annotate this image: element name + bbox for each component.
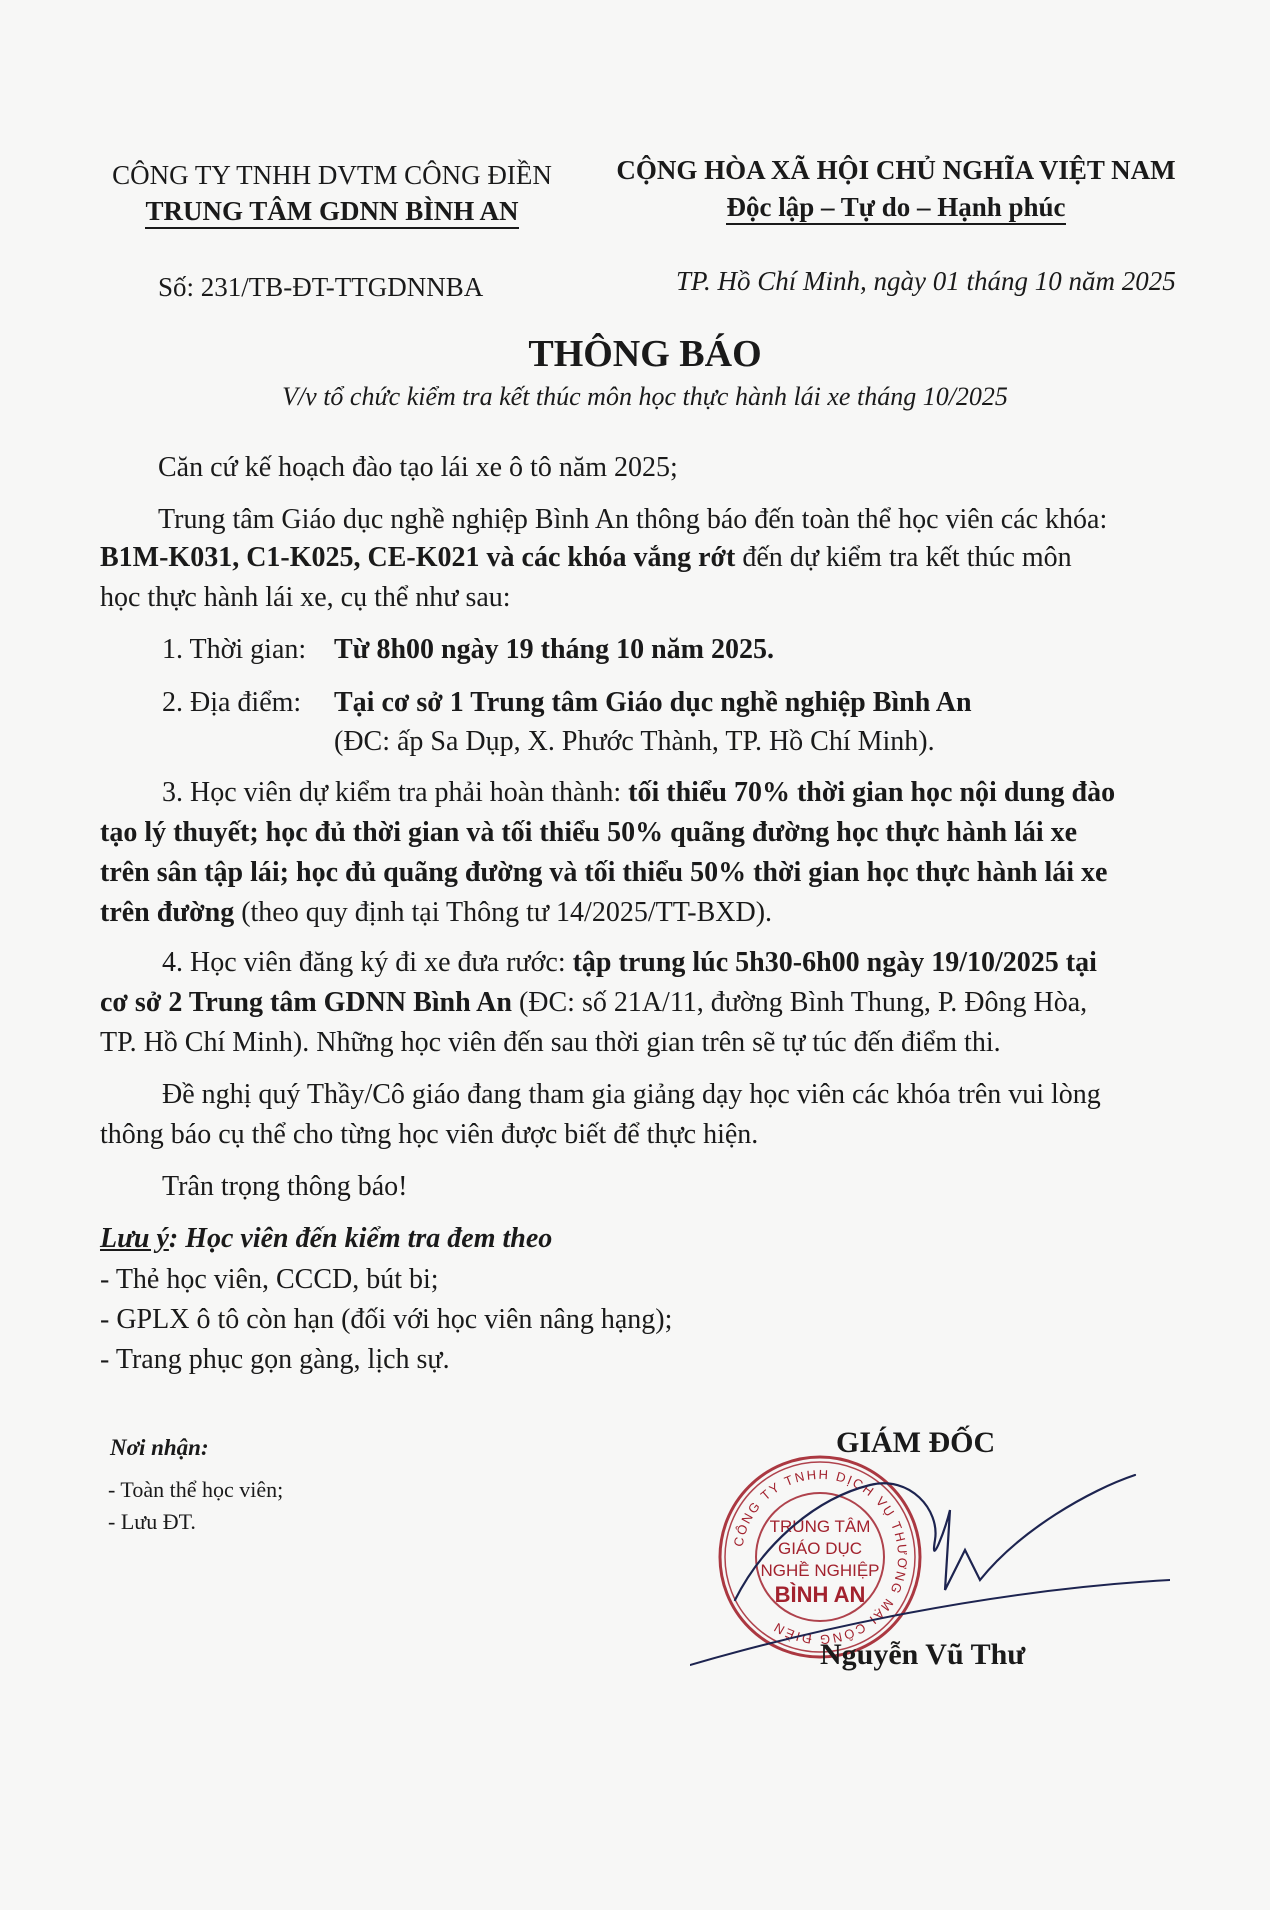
handwritten-signature (690, 1440, 1170, 1670)
nation-motto: Độc lập – Tự do – Hạnh phúc (596, 192, 1196, 223)
notes-heading-text: : Học viên đến kiểm tra đem theo (169, 1223, 552, 1254)
org-name: CÔNG TY TNHH DVTM CÔNG ĐIỀN (92, 160, 572, 191)
note-item: - GPLX ô tô còn hạn (đối với học viên nâ… (100, 1301, 672, 1338)
notes-label: Lưu ý (100, 1223, 169, 1254)
request-line2: thông báo cụ thể cho từng học viên được … (100, 1115, 758, 1155)
item-requirements-line3: trên sân tập lái; học đủ quãng đường và … (100, 853, 1107, 893)
courses-list: B1M-K031, C1-K025, CE-K021 và các khóa v… (100, 542, 735, 573)
requirements-regulation: (theo quy định tại Thông tư 14/2025/TT-B… (234, 897, 772, 928)
recipient-item: - Toàn thể học viên; (108, 1475, 283, 1505)
item-shuttle-line1: 4. Học viên đăng ký đi xe đưa rước: tập … (162, 943, 1097, 983)
nation-title: CỘNG HÒA XÃ HỘI CHỦ NGHĨA VIỆT NAM (596, 155, 1196, 186)
document-subject: V/v tổ chức kiểm tra kết thúc môn học th… (0, 382, 1270, 412)
document-title: THÔNG BÁO (0, 332, 1270, 376)
requirements-intro: 3. Học viên dự kiểm tra phải hoàn thành: (162, 777, 628, 808)
item-time-label: 1. Thời gian: (162, 630, 306, 670)
nation-motto-text: Độc lập – Tự do – Hạnh phúc (726, 192, 1065, 225)
signer-name: Nguyễn Vũ Thư (820, 1638, 1025, 1672)
intro-line3: học thực hành lái xe, cụ thể như sau: (100, 578, 511, 618)
item-requirements-line4: trên đường (theo quy định tại Thông tư 1… (100, 893, 772, 933)
shuttle-time: tập trung lúc 5h30-6h00 ngày 19/10/2025 … (573, 947, 1097, 978)
intro-line1: Trung tâm Giáo dục nghề nghiệp Bình An t… (158, 500, 1107, 540)
closing-line: Trân trọng thông báo! (162, 1167, 408, 1207)
org-unit: TRUNG TÂM GDNN BÌNH AN (92, 196, 572, 227)
item-time-value: Từ 8h00 ngày 19 tháng 10 năm 2025. (334, 630, 774, 670)
item-location-value: Tại cơ sở 1 Trung tâm Giáo dục nghề nghi… (334, 683, 972, 723)
notes-heading: Lưu ý: Học viên đến kiểm tra đem theo (100, 1220, 552, 1257)
item-shuttle-line2: cơ sở 2 Trung tâm GDNN Bình An (ĐC: số 2… (100, 983, 1087, 1023)
request-line1: Đề nghị quý Thầy/Cô giáo đang tham gia g… (162, 1075, 1101, 1115)
item-location-label: 2. Địa điểm: (162, 683, 301, 723)
requirements-bold-4: trên đường (100, 897, 234, 928)
requirements-bold-1: tối thiểu 70% thời gian học nội dung đào (628, 777, 1115, 808)
basis-paragraph: Căn cứ kế hoạch đào tạo lái xe ô tô năm … (158, 448, 678, 488)
item-requirements-line1: 3. Học viên dự kiểm tra phải hoàn thành:… (162, 773, 1115, 813)
place-date: TP. Hồ Chí Minh, ngày 01 tháng 10 năm 20… (676, 266, 1176, 297)
note-item: - Thẻ học viên, CCCD, bút bi; (100, 1261, 439, 1298)
item-shuttle-line3: TP. Hồ Chí Minh). Những học viên đến sau… (100, 1023, 1001, 1063)
org-unit-text: TRUNG TÂM GDNN BÌNH AN (145, 196, 518, 229)
recipients-label: Nơi nhận: (110, 1433, 209, 1463)
document-number: Số: 231/TB-ĐT-TTGDNNBA (158, 272, 483, 303)
recipient-item: - Lưu ĐT. (108, 1507, 196, 1537)
item-requirements-line2: tạo lý thuyết; học đủ thời gian và tối t… (100, 813, 1077, 853)
item-location-address: (ĐC: ấp Sa Dụp, X. Phước Thành, TP. Hồ C… (334, 722, 935, 762)
shuttle-intro: 4. Học viên đăng ký đi xe đưa rước: (162, 947, 573, 978)
shuttle-address: (ĐC: số 21A/11, đường Bình Thung, P. Đôn… (512, 987, 1087, 1018)
shuttle-location: cơ sở 2 Trung tâm GDNN Bình An (100, 987, 512, 1018)
note-item: - Trang phục gọn gàng, lịch sự. (100, 1341, 450, 1378)
intro-line2: B1M-K031, C1-K025, CE-K021 và các khóa v… (100, 538, 1072, 578)
intro-continuation: đến dự kiểm tra kết thúc môn (735, 542, 1071, 573)
